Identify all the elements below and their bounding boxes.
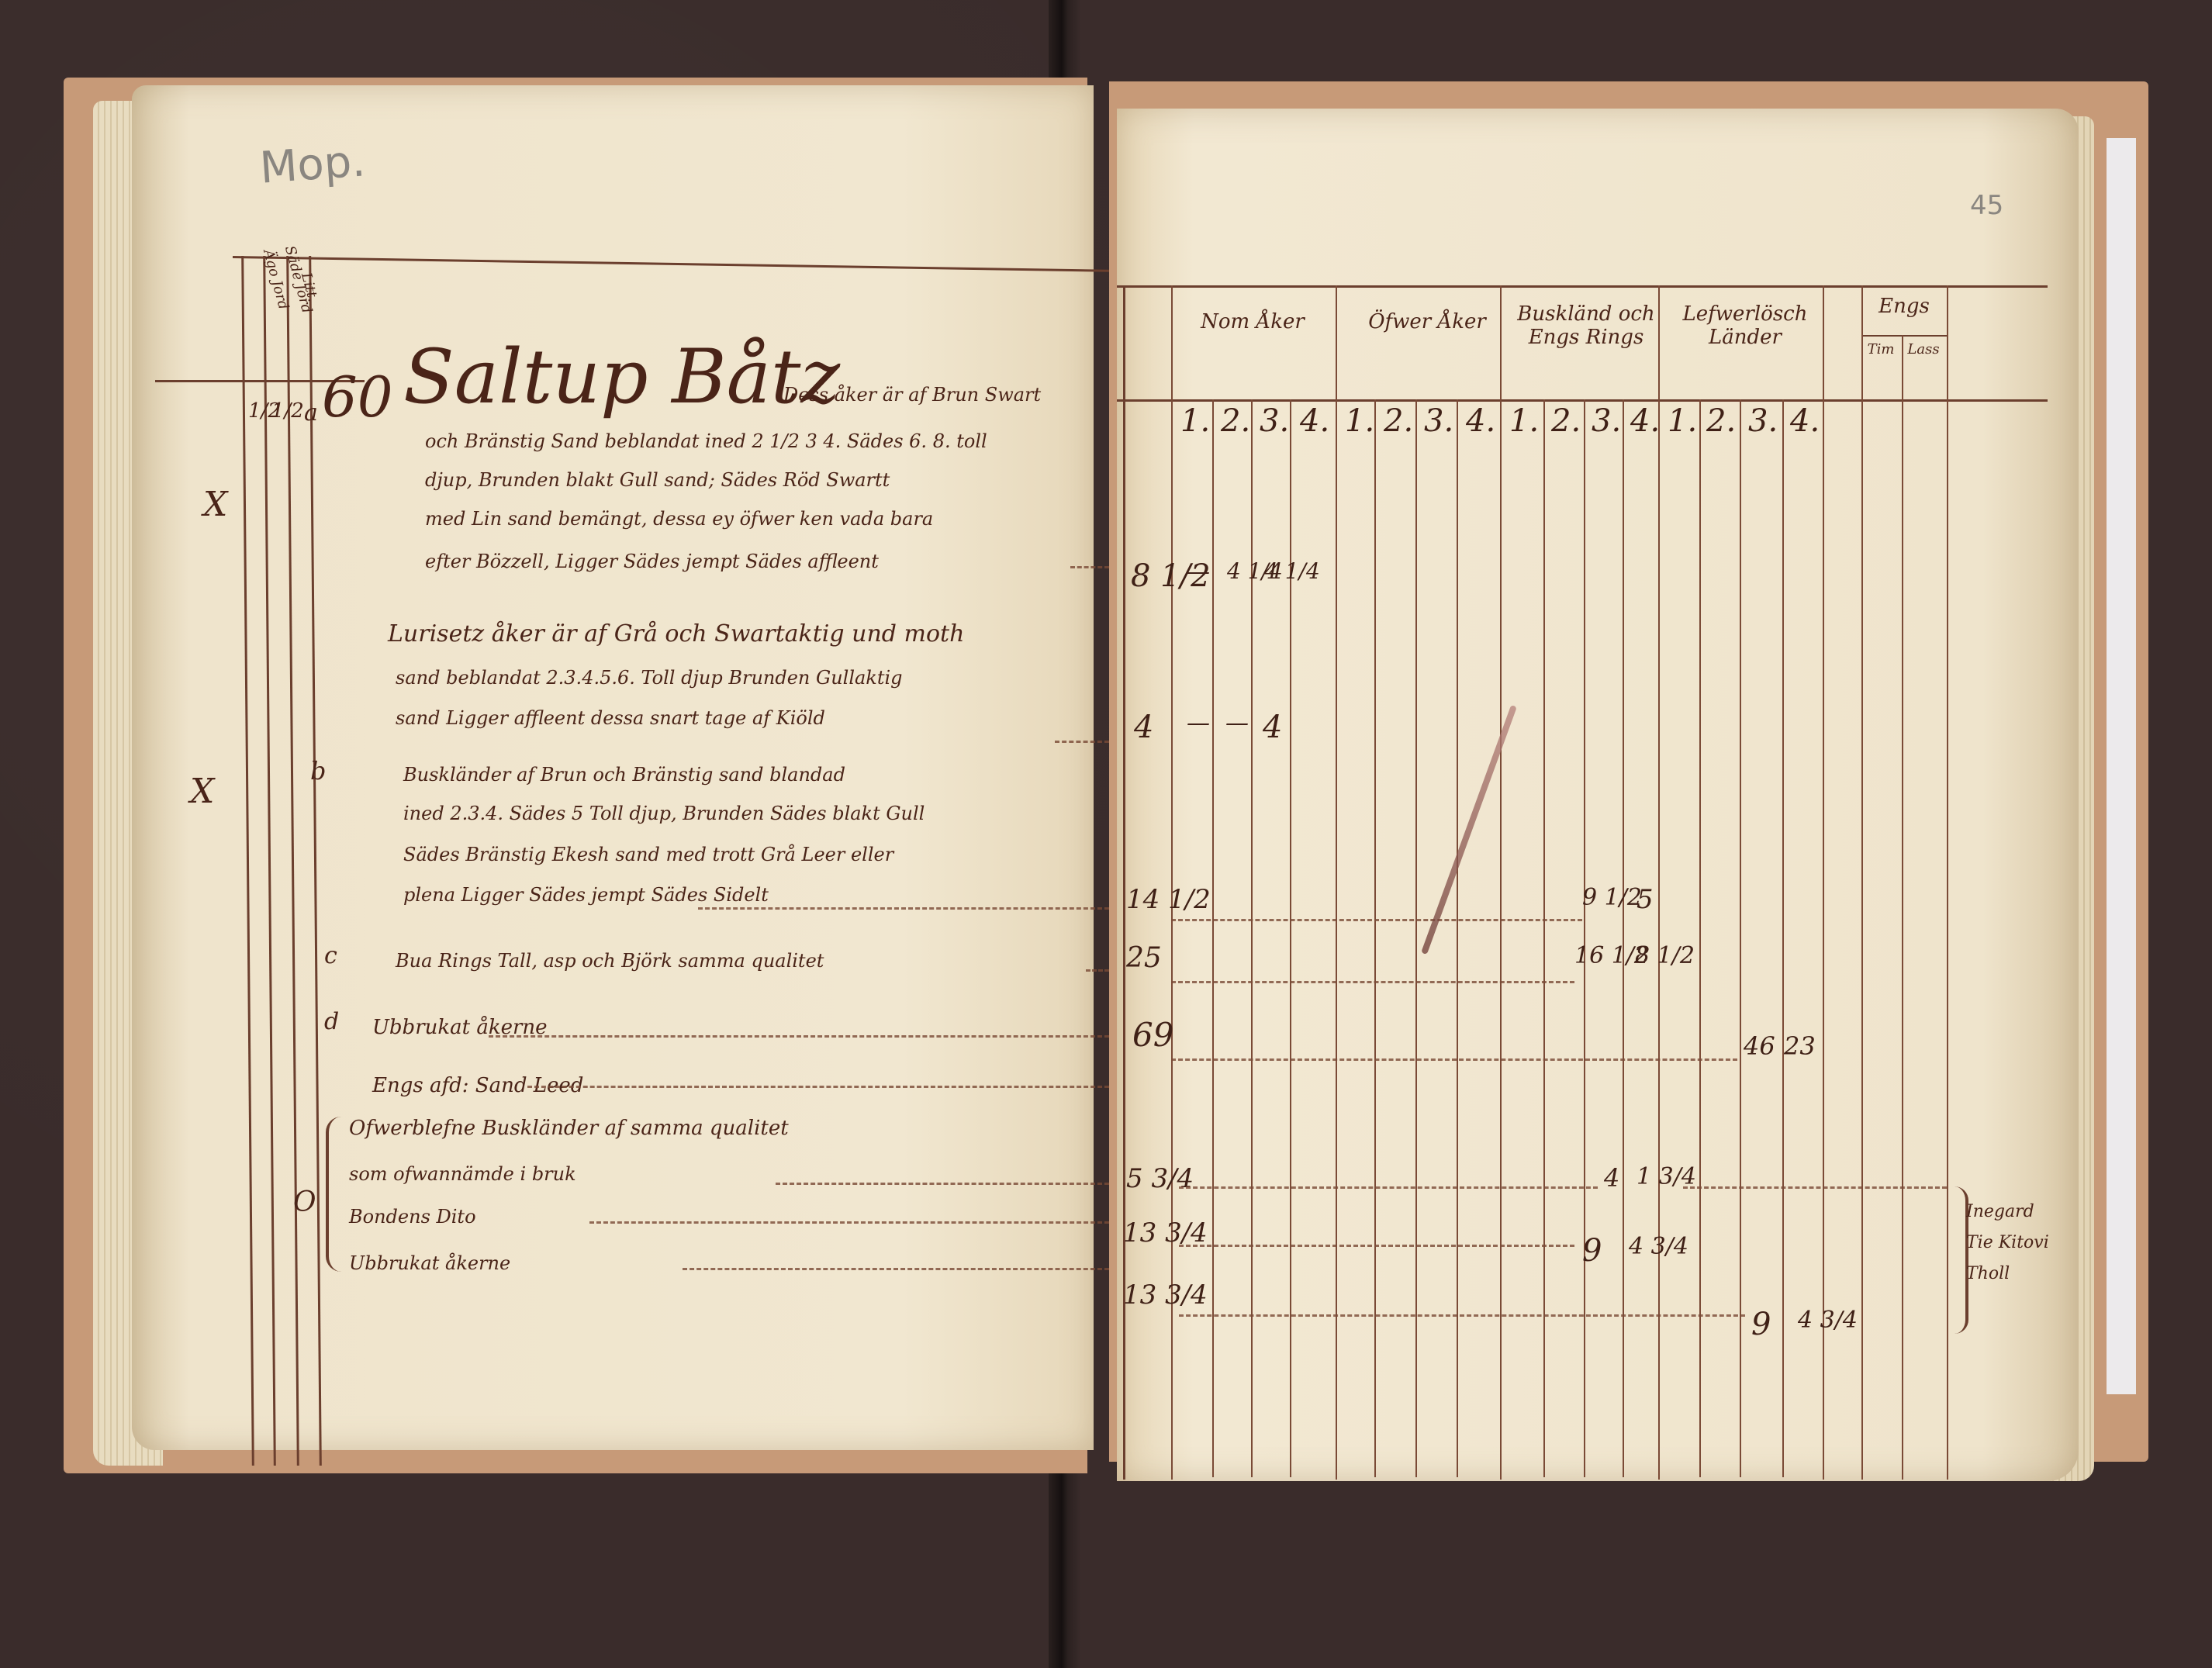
row-2-nom-2: — [1187,710,1210,737]
col-group-engs: Engs [1861,295,1947,318]
col-group-nom-aker: Nom Åker [1175,310,1330,333]
right-col-rule [1902,335,1903,1480]
pencil-annotation: Mop. [258,136,367,193]
right-col-rule [1861,285,1863,1480]
subcol-ofw-3: 3. [1424,403,1453,439]
entry-1-fraction-2: 1/2 [271,399,304,423]
side-note-line-1: Inegard [1966,1202,2034,1221]
leader-line [698,907,1109,910]
entry-4-litt: c [324,942,337,969]
leader-line [527,1086,1109,1088]
row-2-nom-4: 4 [1263,710,1282,745]
entry-1-title: Saltup Båtz [403,333,840,420]
entry-1-line-4: med Lin sand bemängt, dessa ey öfwer ken… [425,508,933,530]
subcol-lef-3: 3. [1748,403,1778,439]
right-col-rule [1658,285,1660,1480]
row-5-lef-3: 46 [1744,1031,1775,1061]
leader-line [1070,566,1109,568]
leader-line [1055,741,1109,743]
entry-2-line-2: sand beblandat 2.3.4.5.6. Toll djup Brun… [396,667,903,689]
side-note-line-2: Tie Kitovi [1966,1233,2049,1252]
subcol-nom-3: 3. [1260,403,1289,439]
subcol-ofw-4: 4. [1466,403,1495,439]
row-4-busk-4: 8 1/2 [1635,942,1695,969]
row-2-nom-3: — [1225,710,1249,737]
row-1-nom-2: — [1187,558,1210,585]
entry-4-line-1: Bua Rings Tall, asp och Björk samma qual… [396,950,824,972]
right-header-rule-bottom [1117,399,2048,402]
entry-1-litt: a [304,399,318,426]
entry-7-line-1: Ofwerblefne Buskländer af samma qualitet [349,1117,789,1140]
right-col-rule [1823,285,1824,1480]
side-note-line-3: Tholl [1966,1264,2010,1283]
leader-line [1179,1314,1745,1317]
entry-2-line-1: Lurisetz åker är af Grå och Swartaktig u… [388,620,964,648]
row-8-lef-3: 9 [1751,1307,1771,1342]
subcol-nom-1: 1. [1180,403,1210,439]
subcol-nom-4: 4. [1300,403,1329,439]
col-group-buskland: Buskländ och Engs Rings [1512,302,1660,349]
entry-1-line-2: och Bränstig Sand beblandat ined 2 1/2 3… [425,430,987,452]
row-4-total: 25 [1126,942,1162,974]
entry-7-line-2: som ofwannämde i bruk [349,1163,576,1185]
subcol-busk-1: 1. [1509,403,1539,439]
subcol-nom-2: 2. [1221,403,1250,439]
engs-subdivider [1861,335,1947,337]
leader-line [1179,1245,1574,1247]
leader-line [489,1035,1109,1038]
entry-7-line-4: Ubbrukat åkerne [349,1252,510,1274]
entry-3-line-3: Sädes Bränstig Ekesh sand med trott Grå … [403,844,893,865]
entry-5-litt: d [324,1008,339,1035]
subcol-busk-3: 3. [1592,403,1621,439]
entry-2-line-3: sand Ligger affleent dessa snart tage af… [396,707,825,729]
row-3-busk-4: 5 [1637,884,1654,915]
leader-line [1171,981,1574,983]
right-col-rule [1947,285,1948,1480]
leader-line [683,1268,1109,1270]
row-6-total: 5 3/4 [1126,1163,1194,1194]
right-col-rule [1336,285,1337,1480]
leader-line [589,1221,1109,1224]
subcol-busk-2: 2. [1551,403,1581,439]
row-3-total: 14 1/2 [1126,884,1211,915]
leader-line [1179,1186,1598,1189]
subcol-ofw-2: 2. [1384,403,1413,439]
engs-sub-tim: Tim [1861,341,1900,357]
row-8-total: 13 3/4 [1123,1279,1208,1311]
row-6-busk-3: 4 [1604,1163,1619,1193]
entry-1-line-5: efter Bözzell, Ligger Sädes jempt Sädes … [425,551,879,572]
page-number: 45 [1970,190,2003,221]
col-group-lefwerlosch: Lefwerlösch Länder [1664,302,1827,349]
leader-line [1086,969,1109,972]
row-8-lef-4: 4 3/4 [1798,1307,1858,1334]
engs-sub-lass: Lass [1904,341,1943,357]
entry-1-number: 60 [322,364,393,430]
leader-line [776,1183,1109,1185]
subcol-lef-4: 4. [1790,403,1820,439]
white-bookmark-strip [2107,138,2136,1394]
entry-3-line-4: plena Ligger Sädes jempt Sädes Sidelt [403,884,769,906]
row-5-lef-4: 23 [1784,1031,1816,1061]
leader-line [1683,1186,1947,1189]
entry-3-line-2: ined 2.3.4. Sädes 5 Toll djup, Brunden S… [403,803,925,824]
entry-7-line-3: Bondens Dito [349,1206,476,1228]
row-7-busk-4: 4 3/4 [1629,1233,1688,1260]
entry-3-line-1: Buskländer af Brun och Bränstig sand bla… [403,764,845,786]
row-3-busk-3: 9 1/2 [1582,884,1642,911]
entry-1-line-1: Dess åker är af Brun Swart [783,384,1041,406]
subcol-lef-2: 2. [1706,403,1736,439]
row-1-nom-4: 4 1/4 [1264,558,1320,584]
leader-line [1171,1058,1737,1061]
entry-1-line-3: djup, Brunden blakt Gull sand; Sädes Röd… [425,469,890,491]
row-5-total: 69 [1132,1016,1173,1054]
margin-mark-1: X [203,485,227,524]
row-7-total: 13 3/4 [1123,1217,1208,1248]
right-col-rule [1500,285,1502,1480]
leader-line [1171,919,1582,921]
group-brace [326,1117,344,1272]
entry-7-litt: O [293,1186,316,1218]
right-header-rule-top [1117,285,2048,288]
subcol-lef-1: 1. [1668,403,1697,439]
entry-3-litt: b [310,756,326,786]
row-2-total: 4 [1134,710,1153,745]
margin-mark-2: X [190,772,214,811]
col-group-ofwer-aker: Öfwer Åker [1350,310,1505,333]
right-col-rule [1782,399,1784,1477]
subcol-ofw-1: 1. [1345,403,1374,439]
subcol-busk-4: 4. [1630,403,1660,439]
row-7-busk-3: 9 [1582,1233,1602,1269]
